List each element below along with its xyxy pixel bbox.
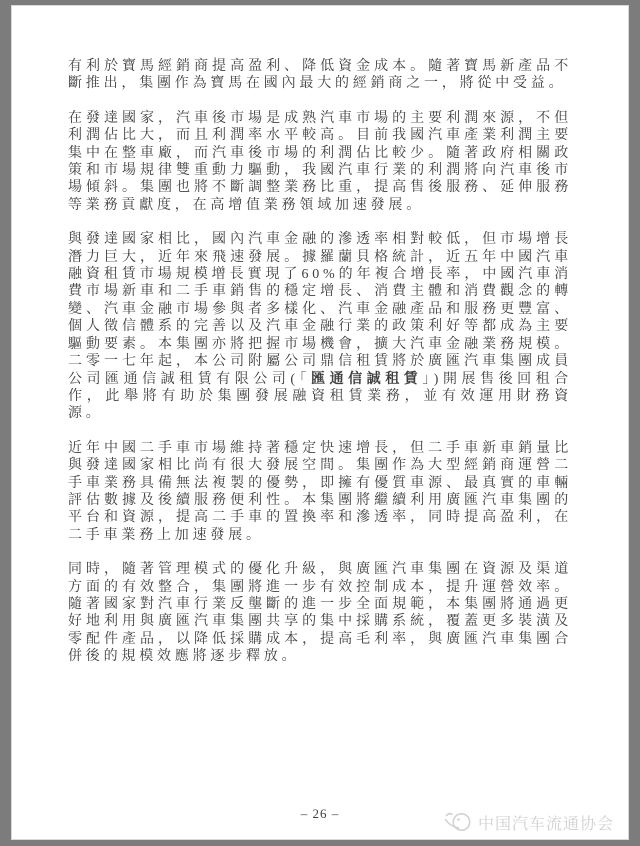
viewer-backdrop: 有利於寶馬經銷商提高盈利、降低資金成本。隨著寶馬新產品不斷推出，集團作為寶馬在國… xyxy=(0,0,640,846)
document-body: 有利於寶馬經銷商提高盈利、降低資金成本。隨著寶馬新產品不斷推出，集團作為寶馬在國… xyxy=(68,58,572,683)
document-page: 有利於寶馬經銷商提高盈利、降低資金成本。隨著寶馬新產品不斷推出，集團作為寶馬在國… xyxy=(12,6,628,839)
watermark: 中国汽车流通协会 xyxy=(443,809,614,835)
paragraph-bmw-dealer: 有利於寶馬經銷商提高盈利、降低資金成本。隨著寶馬新產品不斷推出，集團作為寶馬在國… xyxy=(68,58,572,93)
bold-company-name: 匯通信誠租賃 xyxy=(311,372,422,387)
watermark-text: 中国汽车流通协会 xyxy=(478,811,614,834)
paragraph-text-pre: 與發達國家相比，國內汽車金融的滲透率相對較低，但市場增長潛力巨大，近年來飛速發展… xyxy=(68,232,572,386)
cada-logo-icon xyxy=(443,809,473,835)
paragraph-auto-finance: 與發達國家相比，國內汽車金融的滲透率相對較低，但市場增長潛力巨大，近年來飛速發展… xyxy=(68,231,572,422)
paragraph-cost-control: 同時，隨著管理模式的優化升級，與廣匯汽車集團在資源及渠道方面的有效整合，集團將進… xyxy=(68,561,572,665)
paragraph-aftermarket: 在發達國家，汽車後市場是成熟汽車市場的主要利潤來源，不但利潤佔比大，而且利潤率水… xyxy=(68,110,572,214)
paragraph-used-car: 近年中國二手車市場維持著穩定快速增長，但二手車新車銷量比與發達國家相比尚有很大發… xyxy=(68,440,572,544)
